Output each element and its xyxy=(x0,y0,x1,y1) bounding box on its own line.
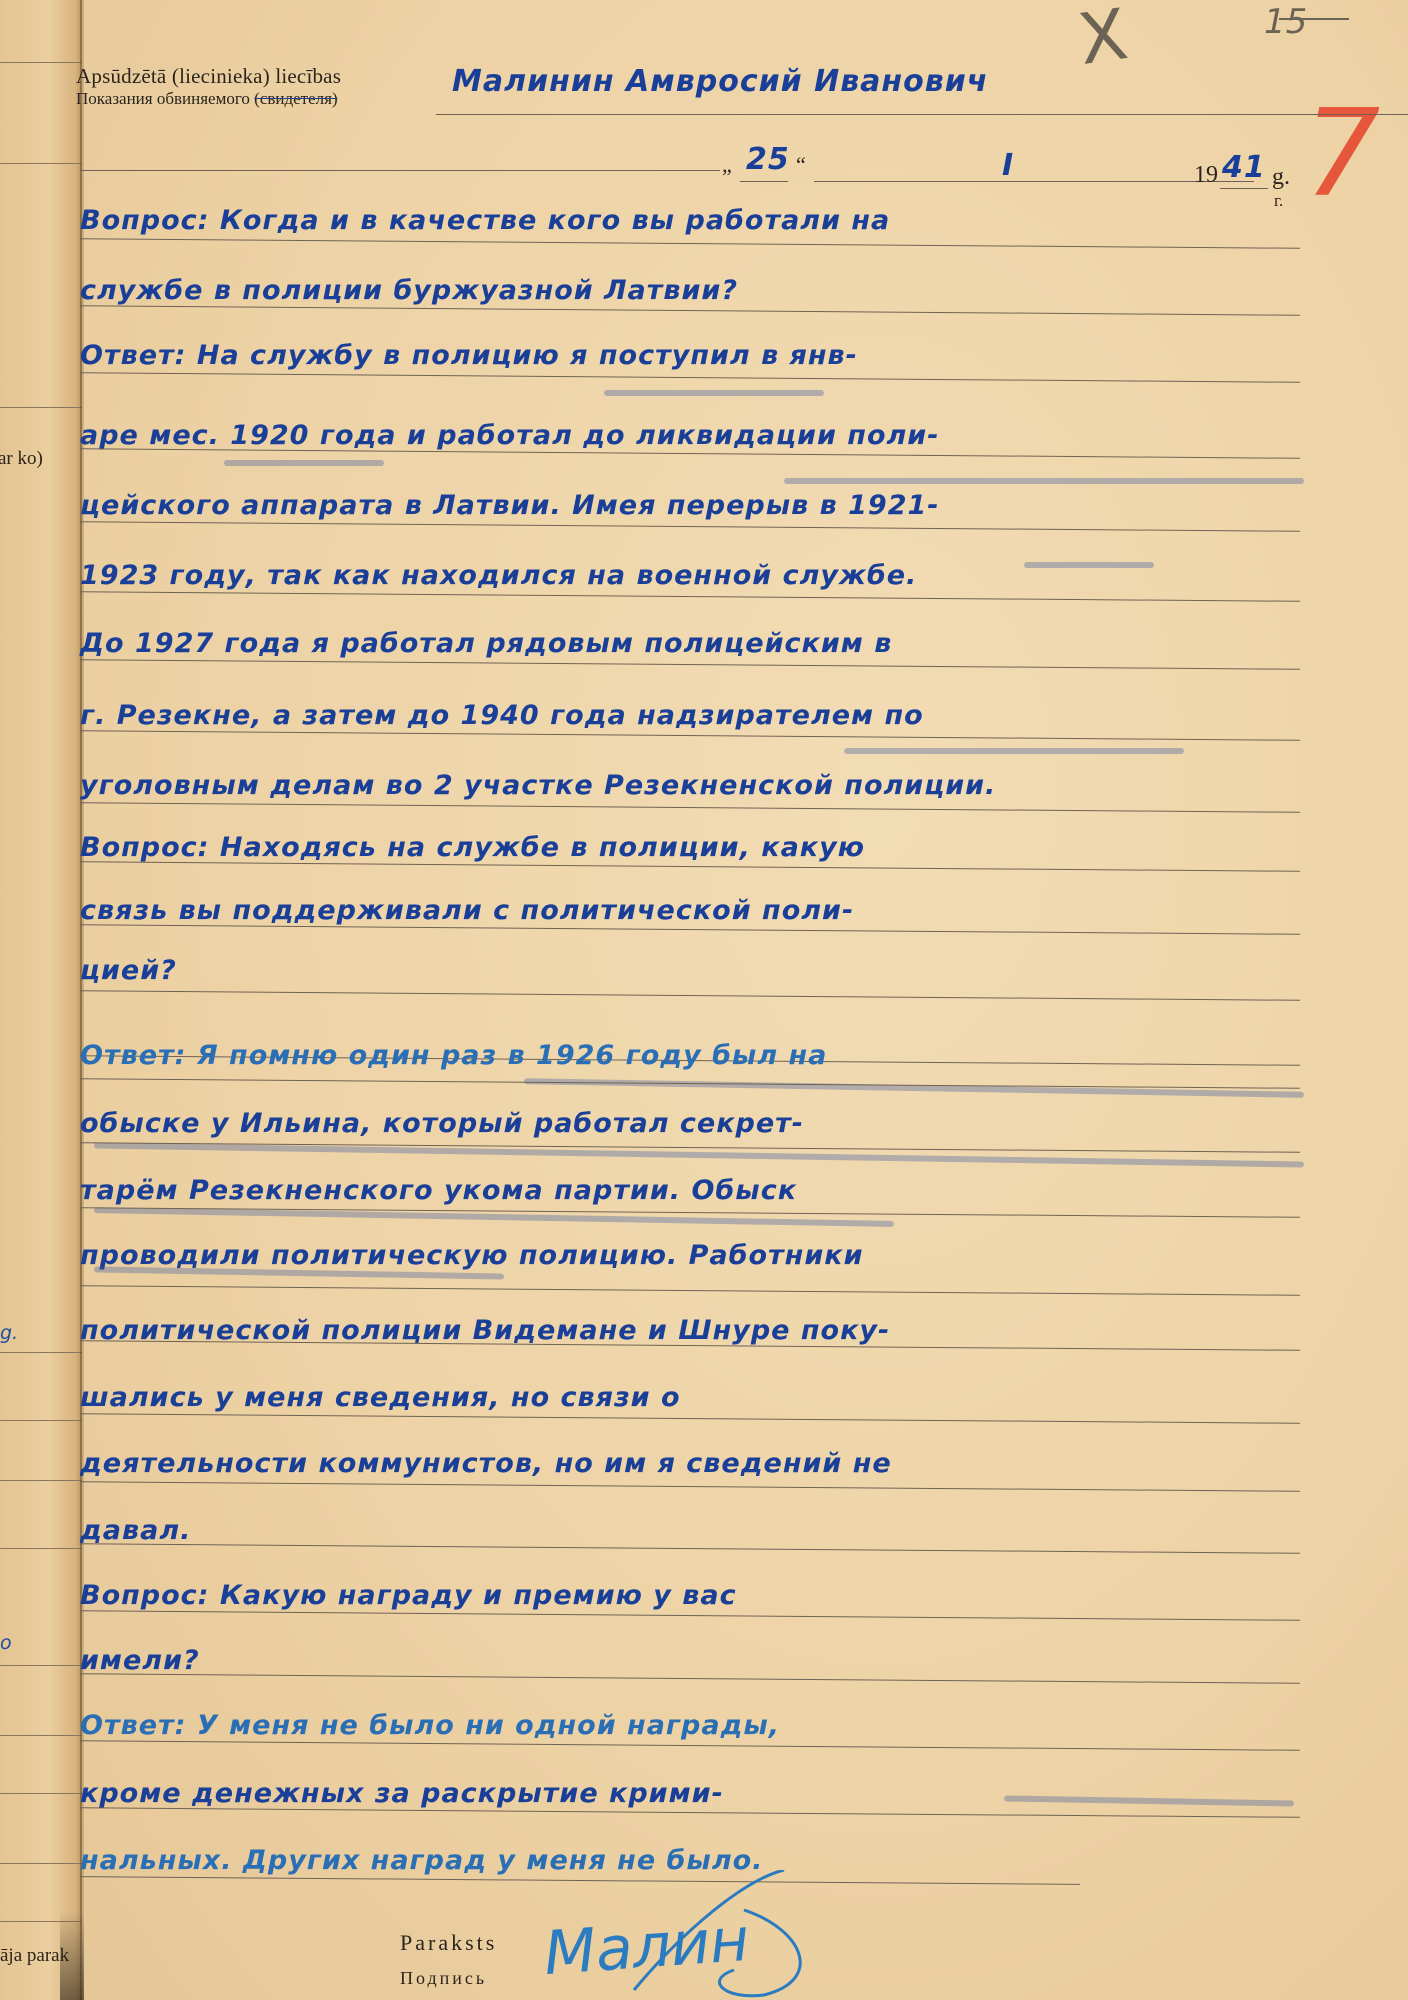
margin-rule xyxy=(0,1480,82,1481)
ruled-line xyxy=(80,372,1300,383)
text-line: кроме денежных за раскрытие крими- xyxy=(80,1778,724,1809)
name-rule xyxy=(436,114,1408,115)
date-year-rule xyxy=(1220,188,1268,189)
ruled-line xyxy=(80,1876,1080,1885)
margin-rule xyxy=(0,1863,82,1864)
pencil-underline xyxy=(224,460,384,466)
margin-rule xyxy=(0,1665,82,1666)
ruled-line xyxy=(80,1413,1300,1424)
ruled-line xyxy=(80,1078,1300,1089)
margin-rule xyxy=(0,1735,82,1736)
sheet-number-underline xyxy=(1279,18,1349,20)
text-line: связь вы поддерживали с политической пол… xyxy=(80,895,854,926)
ruled-line xyxy=(80,238,1300,249)
ruled-line xyxy=(80,1610,1300,1621)
date-rule-left xyxy=(80,170,720,171)
date-year-suffix: 41 xyxy=(1222,150,1266,185)
form-title-lv: Apsūdzētā (liecinieka) liecības xyxy=(76,64,341,89)
text-line: уголовным делам во 2 участке Резекненско… xyxy=(80,770,996,801)
date-day: 25 xyxy=(746,142,790,177)
ruled-line xyxy=(80,730,1300,741)
text-line: давал. xyxy=(80,1515,191,1546)
pencil-underline xyxy=(604,390,824,396)
signature-label-ru: Подпись xyxy=(400,1968,487,1989)
year-label: g. г. xyxy=(1272,164,1290,211)
margin-rule xyxy=(0,1548,82,1549)
margin-rule xyxy=(0,407,82,408)
ruled-line xyxy=(80,591,1300,602)
margin-rule xyxy=(0,163,82,164)
form-title: Apsūdzētā (liecinieka) liecības Показани… xyxy=(76,64,341,109)
date-year-prefix: 19 xyxy=(1194,162,1218,189)
ruled-line xyxy=(80,1673,1300,1684)
text-line: имели? xyxy=(80,1645,200,1676)
text-line: цией? xyxy=(80,955,177,986)
form-title-ru: Показания обвиняемого (свидетеля) xyxy=(76,89,341,109)
ruled-line xyxy=(80,1543,1300,1554)
text-line: Ответ: Я помню один раз в 1926 году был … xyxy=(80,1040,827,1071)
margin-rule xyxy=(0,1793,82,1794)
text-line: цейского аппарата в Латвии. Имея перерыв… xyxy=(80,490,940,521)
text-line: тарём Резекненского укома партии. Обыск xyxy=(80,1175,797,1206)
margin-fragment: o xyxy=(0,1632,12,1654)
margin-fragment: āja parak xyxy=(0,1945,69,1967)
ruled-line xyxy=(80,802,1300,813)
sheet-number: 15 xyxy=(1264,2,1307,42)
margin-fragment: g. xyxy=(0,1322,18,1344)
ruled-line xyxy=(80,990,1300,1001)
margin-rule xyxy=(0,62,82,63)
text-line: Вопрос: Какую награду и премию у вас xyxy=(80,1580,737,1611)
person-name-handwritten: Малинин Амвросий Иванович xyxy=(452,64,988,99)
text-line: Ответ: На службу в полицию я поступил в … xyxy=(80,340,858,371)
ruled-line xyxy=(80,1285,1300,1296)
margin-rule xyxy=(0,1420,82,1421)
date-day-rule xyxy=(740,181,788,182)
ruled-line xyxy=(80,1481,1300,1492)
text-line: обыске у Ильина, который работал секрет- xyxy=(80,1108,804,1139)
pencil-underline xyxy=(1024,562,1154,568)
text-line: проводили политическую полицию. Работник… xyxy=(80,1240,864,1271)
ruled-line xyxy=(80,521,1300,532)
ruled-line xyxy=(80,1740,1300,1751)
signature-label-lv: Paraksts xyxy=(400,1930,497,1956)
pencil-x-mark: X xyxy=(1074,0,1133,81)
pencil-underline xyxy=(784,478,1304,484)
text-line: деятельности коммунистов, но им я сведен… xyxy=(80,1448,892,1479)
date-month: I xyxy=(1002,148,1014,183)
pencil-underline xyxy=(1004,1795,1294,1806)
date-month-rule xyxy=(814,181,1254,182)
red-page-number: 7 xyxy=(1304,95,1380,215)
text-line: службе в полиции буржуазной Латвии? xyxy=(80,275,738,306)
date-quote-open: „ xyxy=(722,152,732,178)
pencil-underline xyxy=(844,748,1184,754)
ruled-line xyxy=(80,659,1300,670)
margin-rule xyxy=(0,1352,82,1353)
text-line: Ответ: У меня не было ни одной награды, xyxy=(80,1710,780,1741)
text-line: 1923 году, так как находился на военной … xyxy=(80,560,917,591)
text-line: До 1927 года я работал рядовым полицейск… xyxy=(80,628,892,659)
year-label-ru: г. xyxy=(1274,191,1290,211)
text-line: Вопрос: Находясь на службе в полиции, ка… xyxy=(80,832,865,863)
date-quote-close: “ xyxy=(796,152,806,178)
text-line: шались у меня сведения, но связи о xyxy=(80,1382,681,1413)
document-page: X 15 7 Apsūdzētā (liecinieka) liecības П… xyxy=(84,0,1408,2000)
text-line: г. Резекне, а затем до 1940 года надзира… xyxy=(80,700,924,731)
signature-flourish-icon xyxy=(624,1870,844,2000)
pencil-underline xyxy=(524,1078,1304,1098)
form-title-ru-struck: (свидетеля) xyxy=(254,89,337,108)
previous-page-edge: ar ko) g. o āja parak xyxy=(0,0,82,2000)
text-line: аре мес. 1920 года и работал до ликвидац… xyxy=(80,420,939,451)
year-label-lv: g. xyxy=(1272,164,1290,190)
text-line: Вопрос: Когда и в качестве кого вы работ… xyxy=(80,205,890,236)
form-title-ru-main: Показания обвиняемого xyxy=(76,89,250,108)
ruled-line xyxy=(80,305,1300,316)
margin-fragment: ar ko) xyxy=(0,448,43,470)
